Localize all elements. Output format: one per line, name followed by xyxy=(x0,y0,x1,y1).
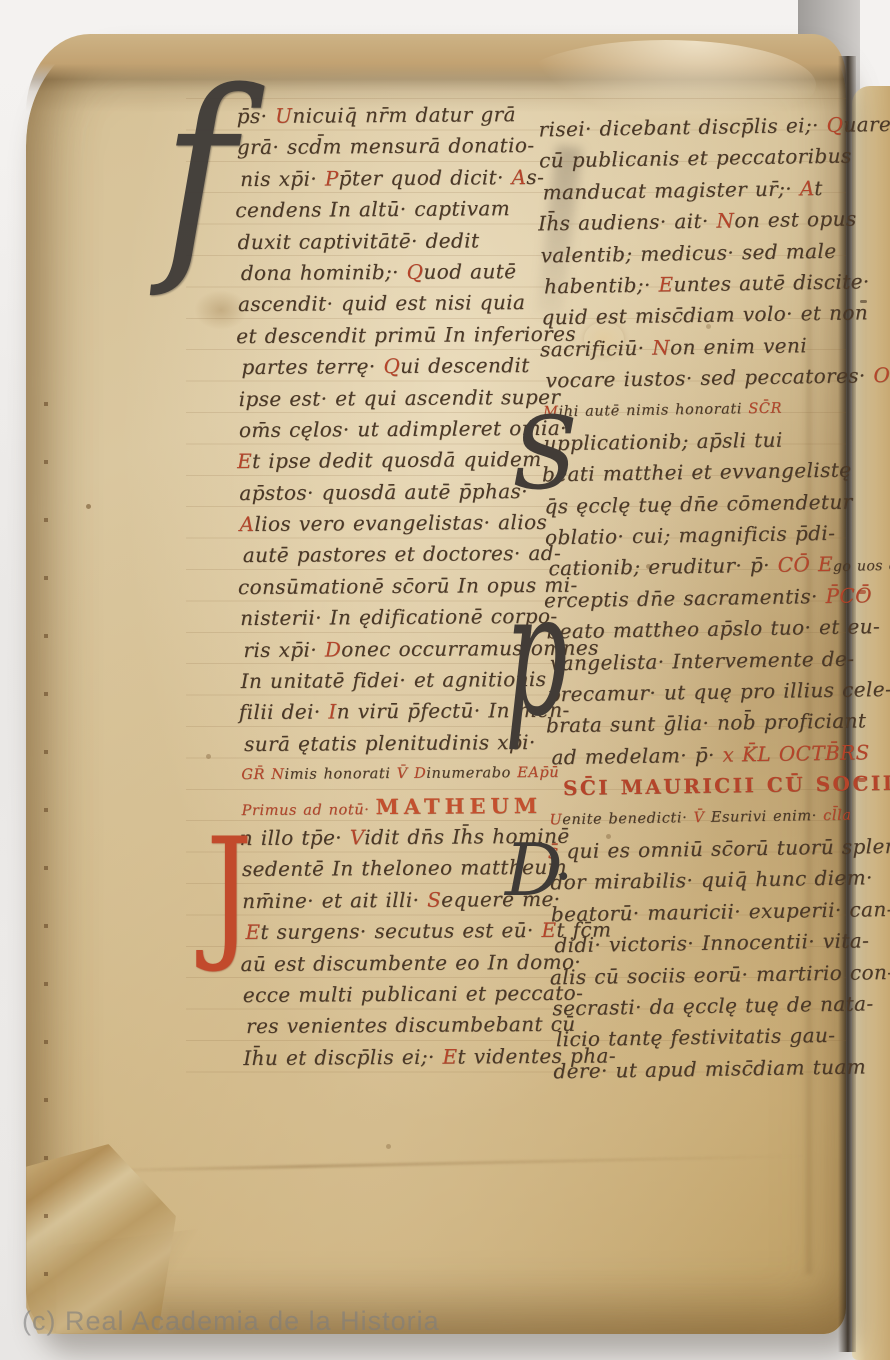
manuscript-text-line: ecce multi publicani et peccato- xyxy=(243,978,545,1011)
rubric-text: x K̄L OCTB̄RS xyxy=(722,740,869,766)
body-text: lios vero evangelistas· alios xyxy=(254,510,547,536)
body-text: secrasti· da ęcclę tuę de nata- xyxy=(552,991,873,1020)
rubric-text: E xyxy=(237,449,252,473)
manuscript-text-line: dere· ut apud misc̄diam tuam xyxy=(553,1051,853,1087)
manuscript-text-line: Ih̄u et discp̄lis ei;· Et videntes pha- xyxy=(243,1041,545,1074)
body-text: t surgens· secutus est eū· xyxy=(260,918,541,944)
body-text: Ih̄s audiens· ait· xyxy=(538,209,717,236)
rubric-text: E xyxy=(658,272,673,296)
rubric-text: V xyxy=(350,825,365,849)
rubric-text: D xyxy=(325,637,342,661)
body-text: partes terrę· xyxy=(241,354,383,379)
body-text: beato mattheo ap̄slo tuo· et eu- xyxy=(546,614,880,643)
rubric-text: Q xyxy=(826,113,843,137)
body-text: p̄s· xyxy=(237,104,276,128)
body-text: ihi autē nimis honorati xyxy=(558,401,748,420)
manuscript-text-line: partes terrę· Qui descendit xyxy=(241,350,540,383)
manuscript-text-line: risei· dicebant discp̄lis ei;· Quare xyxy=(538,110,838,146)
manuscript-text-line: precamur· ut quę pro illius cele- xyxy=(547,675,847,711)
body-text: et descendit primū In inferiores xyxy=(236,321,576,347)
rubric-text: GR̄ N xyxy=(241,767,284,783)
body-text: habentib;· xyxy=(544,273,659,299)
manuscript-photo: p̄s· Unicuiq̄ nr̄m datur grāgrā· scd̄m m… xyxy=(0,0,890,1360)
rubric-text: V̄ D xyxy=(397,766,427,782)
body-text: n illo tp̄e· xyxy=(240,825,350,850)
rubric-text: E xyxy=(442,1044,457,1068)
manuscript-text-line: sacrificiū· Non enim veni xyxy=(540,329,842,365)
body-text: quid est misc̄diam volo· et non xyxy=(541,301,868,330)
manuscript-text-line: p̄s· Unicuiq̄ nr̄m datur grā xyxy=(237,99,539,132)
body-text: t xyxy=(814,176,823,200)
body-text: licio tantę festivitatis gau- xyxy=(556,1023,836,1051)
body-text: go uos elegi· xyxy=(833,558,890,576)
body-text: p̄ter quod dicit· xyxy=(339,165,512,190)
rubric-text: Q xyxy=(407,260,424,284)
body-text: didi· victoris· Innocentii· vita- xyxy=(554,928,869,957)
manuscript-text-line: Primus ad notū· MATHEUM xyxy=(241,790,543,823)
text-column-left: p̄s· Unicuiq̄ nr̄m datur grāgrā· scd̄m m… xyxy=(237,99,546,1074)
body-text: surā ętatis plenitudinis xp̄i· xyxy=(244,730,536,756)
decorated-initial-i-red: J xyxy=(206,820,253,965)
body-text: Esurivi enim· xyxy=(711,808,824,826)
manuscript-text-line: manducat magister ur̄;· At xyxy=(542,172,839,208)
body-text: on est opus xyxy=(734,207,857,233)
body-text: uare xyxy=(843,112,890,137)
body-text: grā· scd̄m mensurā donatio- xyxy=(237,133,535,159)
body-text: nis xp̄i· xyxy=(240,166,325,191)
manuscript-text-line: beati matthei et evvangelistę xyxy=(542,455,844,491)
body-text: ris xp̄i· xyxy=(243,637,325,662)
body-text: Ih̄u et discp̄lis ei;· xyxy=(243,1044,442,1069)
body-text: ascendit· quid est nisi quia xyxy=(238,290,525,316)
manuscript-text-line: ap̄stos· quosdā autē p̄phas· xyxy=(239,476,541,509)
manuscript-text-line: Ih̄s audiens· ait· Non est opus xyxy=(538,204,840,240)
manuscript-text-line: et descendit primū In inferiores xyxy=(236,319,540,353)
manuscript-text-line: grā· scd̄m mensurā donatio- xyxy=(237,130,539,163)
rubric-text: P̄CŌ xyxy=(825,583,872,608)
body-text: t ipse dedit quosdā quidem xyxy=(252,447,542,473)
manuscript-text-line: n illo tp̄e· Vidit dn̄s Ih̄s hominē xyxy=(240,821,544,855)
manuscript-text-line: Et surgens· secutus est eū· Et fc̄m xyxy=(245,915,544,948)
manuscript-text-line: beato mattheo ap̄slo tuo· et eu- xyxy=(546,612,846,648)
manuscript-text-line: didi· victoris· Innocentii· vita- xyxy=(554,926,851,962)
body-text: ad medelam· p̄· xyxy=(551,742,722,769)
manuscript-text-line: ad medelam· p̄· x K̄L OCTB̄RS xyxy=(551,737,848,773)
manuscript-text-line: In unitatē fidei· et agnitionis xyxy=(241,664,543,697)
manuscript-text-line: SC̄I MAURICII CŪ SOCIISQUIS xyxy=(549,769,849,805)
punctus-mark: · xyxy=(556,856,571,898)
manuscript-text-line: upplicationib; ap̄sli tui xyxy=(543,424,843,460)
manuscript-text-line: quid est misc̄diam volo· et non xyxy=(541,298,841,334)
rubric-text: A xyxy=(511,165,526,189)
decorated-initial-s: S xyxy=(512,404,578,504)
manuscript-text-line: nisterii· In ędificationē corpo- xyxy=(240,601,542,634)
rubric-text: U xyxy=(275,104,292,128)
decorated-initial-p: p xyxy=(505,570,568,742)
manuscript-text-line: erceptis dn̄e sacramentis· P̄CŌ xyxy=(544,581,846,617)
manuscript-text-line: brata sunt ḡlia· nob̄ proficiant xyxy=(546,706,848,742)
body-text: qui es omniū sc̄orū tuorū splen- xyxy=(566,834,890,863)
body-text: brata sunt ḡlia· nob̄ proficiant xyxy=(546,709,867,738)
rubric-text: Q xyxy=(383,354,400,378)
decorated-initial-f: f xyxy=(162,62,235,284)
text-column-right: risei· dicebant discp̄lis ei;· Quarecū p… xyxy=(538,110,853,1088)
manuscript-text-line: licio tantę festivitatis gau- xyxy=(556,1020,853,1056)
manuscript-text-line: sedentē In theloneo mattheum xyxy=(242,852,544,885)
body-text: vocare iustos· sed peccatores· xyxy=(545,363,873,392)
manuscript-text-line: s̄ qui es omniū sc̄orū tuorū splen- xyxy=(548,832,850,868)
body-text: oblatio· cui; magnificis p̄di- xyxy=(545,521,836,550)
rubric-text: N xyxy=(716,209,734,233)
manuscript-text-line: Et ipse dedit quosdā quidem xyxy=(237,444,541,478)
manuscript-text-line: cationib; eruditur· p̄· CŌ Ego uos elegi… xyxy=(548,549,845,585)
body-text: dona hominib;· xyxy=(241,260,407,285)
body-text: alis cū sociis eorū· martirio con- xyxy=(550,959,890,988)
manuscript-text-line: ipse est· et qui ascendit super xyxy=(239,381,541,414)
body-text: imis honorati xyxy=(284,766,396,783)
body-text: filii dei· xyxy=(239,700,329,725)
manuscript-text-line: oblatio· cui; magnificis p̄di- xyxy=(545,518,845,554)
manuscript-text-line: beatorū· mauricii· exuperii· can- xyxy=(551,894,851,930)
manuscript-text-line: cendens In altū· captivam xyxy=(235,193,539,227)
body-text: ui descendit xyxy=(400,353,530,378)
rubric-text: Primus ad notū· xyxy=(242,802,376,819)
body-text: uod autē xyxy=(423,259,516,284)
body-text: cationib; eruditur· p̄· xyxy=(548,553,778,581)
body-text: In unitatē fidei· et agnitionis xyxy=(241,667,547,693)
rubric-text: MATHEUM xyxy=(376,793,543,819)
manuscript-text-line: vangelista· Intervemente de- xyxy=(550,643,847,679)
manuscript-text-line: habentib;· Euntes autē discite· xyxy=(544,267,841,303)
pricking-holes xyxy=(44,402,48,1314)
body-text: precamur· ut quę pro illius cele- xyxy=(547,677,890,706)
manuscript-text-line: om̄s cęlos· ut adimpleret om̄ia· xyxy=(239,413,541,446)
body-text: cendens In altū· captivam xyxy=(235,196,510,222)
body-text: valentib; medicus· sed male xyxy=(540,238,836,267)
manuscript-text-line: res venientes discumbebant cū xyxy=(246,1009,545,1042)
rubric-text: S xyxy=(427,887,441,911)
body-text: erceptis dn̄e sacramentis· xyxy=(544,584,826,612)
manuscript-text-line: GR̄ Nimis honorati V̄ Dinumerabo EAp̄ū xyxy=(241,758,543,791)
body-text: beati matthei et evvangelistę xyxy=(542,458,852,487)
body-text: sacrificiū· xyxy=(540,335,653,361)
manuscript-text-line: secrasti· da ęcclę tuę de nata- xyxy=(552,989,852,1025)
rubric-text: OF̄ xyxy=(873,363,890,387)
body-text: dere· ut apud misc̄diam tuam xyxy=(553,1054,866,1083)
manuscript-text-line: ris xp̄i· Donec occurramus omnes xyxy=(243,633,542,666)
manuscript-text-line: dona hominib;· Quod autē xyxy=(241,256,540,289)
manuscript-text-line: nis xp̄i· Pp̄ter quod dicit· As- xyxy=(240,162,539,195)
manuscript-text-line: vocare iustos· sed peccatores· OF̄ xyxy=(545,361,842,397)
body-text: cū publicanis et peccatoribus xyxy=(539,144,852,173)
rubric-text: U xyxy=(549,812,562,828)
manuscript-text-line: cū publicanis et peccatoribus xyxy=(539,141,839,177)
manuscript-text-line: duxit captivitātē· dedit xyxy=(237,225,539,258)
body-text: untes autē discite· xyxy=(673,269,870,296)
rubric-text: P xyxy=(325,166,339,190)
manuscript-text-line: aū est discumbente eo In domo· xyxy=(241,946,545,980)
body-text: res venientes discumbebant cū xyxy=(246,1012,576,1038)
decorated-initial-d: D xyxy=(505,834,563,906)
rubric-text: cl̄la xyxy=(823,807,852,823)
body-text: duxit captivitātē· dedit xyxy=(238,228,480,254)
body-text: on enim veni xyxy=(670,333,807,359)
manuscript-text-line: ascendit· quid est nisi quia xyxy=(238,287,540,320)
body-text: dor mirabilis· quiq̄ hunc diem· xyxy=(550,866,873,895)
manuscript-text-line: valentib; medicus· sed male xyxy=(540,235,840,271)
body-text: beatorū· mauricii· exuperii· can- xyxy=(551,897,890,926)
rubric-text: A xyxy=(239,512,254,536)
manuscript-text-line: alis cū sociis eorū· martirio con- xyxy=(550,957,852,993)
manuscript-text-line: consūmationē sc̄orū In opus mi- xyxy=(238,570,542,604)
body-text: manducat magister ur̄;· xyxy=(542,176,800,204)
parchment-spots xyxy=(86,504,91,509)
body-text: ecce multi publicani et peccato- xyxy=(243,981,584,1007)
rubric-text: N xyxy=(652,335,670,359)
manuscript-text-line: dor mirabilis· quiq̄ hunc diem· xyxy=(550,863,850,899)
manuscript-text-line: Alios vero evangelistas· alios xyxy=(239,507,541,540)
rubric-text: SC̄R xyxy=(748,400,782,417)
body-text: inumerabo xyxy=(426,765,517,782)
manuscript-text-line: autē pastores et doctores· ad- xyxy=(243,538,542,571)
body-text: upplicationib; ap̄sli tui xyxy=(543,428,782,456)
manuscript-text-line: Uenite benedicti· V̄ Esurivi enim· cl̄la xyxy=(549,800,849,836)
rubric-text: A xyxy=(800,176,815,200)
rubric-text: CŌ E xyxy=(777,552,833,577)
body-text: nm̄ine· et ait illi· xyxy=(242,888,427,913)
body-text: nicuiq̄ nr̄m datur grā xyxy=(292,102,516,128)
body-text: vangelista· Intervemente de- xyxy=(550,646,855,675)
body-text: aū est discumbente eo In domo· xyxy=(241,949,582,975)
manuscript-text-line: surā ętatis plenitudinis xp̄i· xyxy=(244,727,543,760)
body-text: ap̄stos· quosdā autē p̄phas· xyxy=(239,479,528,505)
manuscript-text-line: filii dei· In virū p̄fectū· In men- xyxy=(239,695,543,729)
body-text: q̄s ęcclę tuę dn̄e cōmendetur xyxy=(544,489,852,518)
rubric-text: SC̄I MAURICII CŪ SOCIISQUIS xyxy=(563,770,890,801)
parchment-crease xyxy=(86,1154,806,1172)
rubric-text: V̄ xyxy=(693,809,711,825)
body-text: enite benedicti· xyxy=(562,810,694,828)
manuscript-text-line: nm̄ine· et ait illi· Sequere me· xyxy=(242,884,544,917)
rubric-text: I xyxy=(328,700,336,724)
manuscript-text-line: Mihi autē nimis honorati SC̄R xyxy=(543,392,843,428)
body-text: risei· dicebant discp̄lis ei;· xyxy=(538,113,826,142)
manuscript-text-line: q̄s ęcclę tuę dn̄e cōmendetur xyxy=(544,486,844,522)
copyright-watermark: (c) Real Academia de la Historia xyxy=(22,1306,440,1337)
